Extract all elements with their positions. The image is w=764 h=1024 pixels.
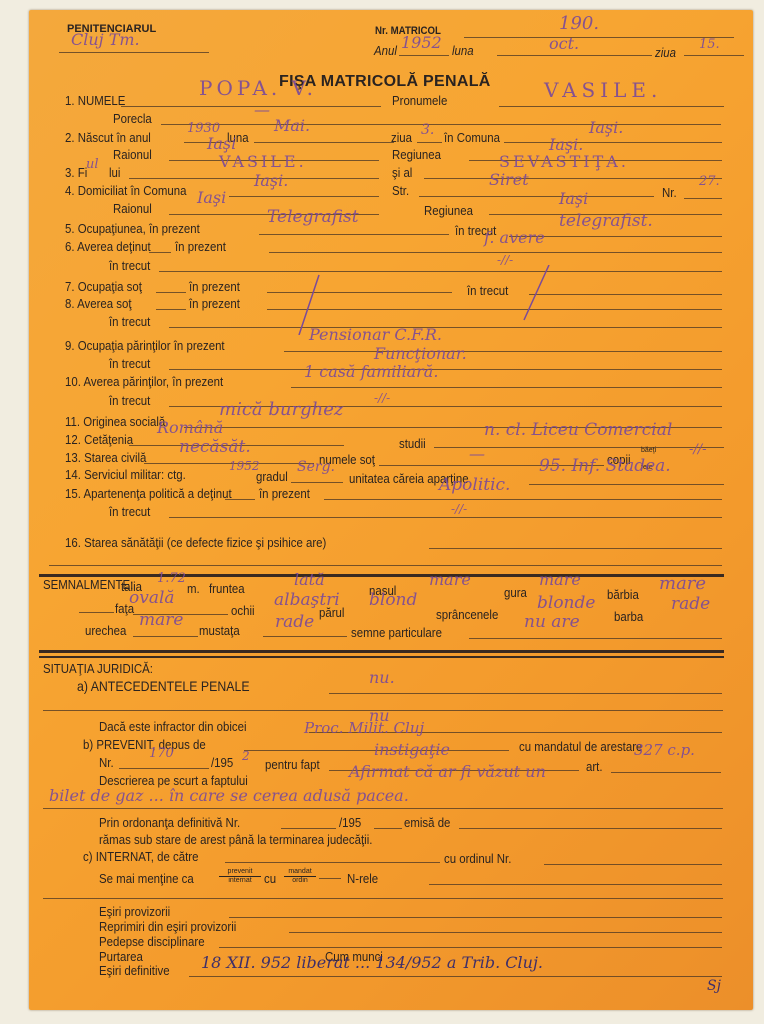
gradul-label: gradul bbox=[256, 470, 288, 484]
ordin-label: cu ordinul Nr. bbox=[444, 852, 511, 866]
purtarea-label: Purtarea bbox=[99, 950, 143, 964]
ocupatia-sot-label: 7. Ocupaţia soţ bbox=[65, 280, 142, 294]
in-trecut-label-15: în trecut bbox=[109, 505, 150, 519]
fiul-value: ul bbox=[86, 157, 99, 173]
politica-label: 15. Apartenenţa politică a deţinut bbox=[65, 487, 232, 501]
m-label: m. bbox=[187, 582, 200, 596]
in-trecut-label-8: în trecut bbox=[109, 315, 150, 329]
prevenit-label: b) PREVENIT, depus de bbox=[83, 738, 206, 752]
luna-value: oct. bbox=[549, 36, 579, 52]
ocupatiunea-prezent-value: Telegrafist bbox=[267, 209, 359, 225]
sprancenele-label: sprâncenele bbox=[436, 608, 498, 622]
esiri-definitive-label: Eşiri definitive bbox=[99, 964, 170, 978]
penal-record-card: PENITENCIARUL Cluj Tm. Nr. MATRICOL 190.… bbox=[29, 10, 753, 1010]
pronumele-label: Pronumele bbox=[392, 94, 447, 108]
in-prezent-label-8: în prezent bbox=[189, 297, 240, 311]
in-trecut-label-9: în trecut bbox=[109, 357, 150, 371]
si-al-label: şi al bbox=[392, 166, 412, 180]
ramas-label: rămas sub stare de arest până la termina… bbox=[99, 833, 372, 847]
art-label: art. bbox=[586, 760, 603, 774]
mandat-label: cu mandatul de arestare bbox=[519, 740, 642, 754]
str-label: Str. bbox=[392, 184, 409, 198]
penitenciarul-value: Cluj Tm. bbox=[71, 32, 140, 48]
in-prezent-label-7: în prezent bbox=[189, 280, 240, 294]
prevenit-value: Proc. Milit. Cluj bbox=[304, 720, 424, 736]
ocupatiunea-label: 5. Ocupaţiunea, în prezent bbox=[65, 222, 200, 236]
nascut-raion-value: Iaşi bbox=[207, 136, 236, 152]
nascut-label: 2. Născut în anul bbox=[65, 131, 151, 145]
pentru-fapt-label: pentru fapt bbox=[265, 758, 320, 772]
nr-matricol-value: 190. bbox=[559, 16, 599, 32]
esiri-definitive-value: 18 XII. 952 liberat ... 134/952 a Trib. … bbox=[201, 955, 543, 971]
averea-sot-label: 8. Averea soţ bbox=[65, 297, 132, 311]
numele-label: 1. NUMELE bbox=[65, 94, 125, 108]
anul-value: 1952 bbox=[401, 35, 442, 51]
studii-value: n. cl. Liceu Comercial bbox=[484, 422, 672, 438]
unitatea-value: 95. Inf. Stadea. bbox=[539, 458, 671, 474]
porecla-value: — bbox=[254, 102, 270, 118]
politica-trecut-value: -//- bbox=[451, 501, 467, 517]
an-label: /195 bbox=[211, 756, 233, 770]
prevenit-internat-fraction: prevenit internat bbox=[219, 868, 261, 885]
copii-value: -//- bbox=[689, 442, 707, 458]
fata-value: ovală bbox=[129, 590, 175, 606]
semne-value: nu are bbox=[524, 614, 580, 630]
dom-raion-value: Iaşi bbox=[197, 190, 226, 206]
nascut-comuna-value: Iaşi. bbox=[589, 120, 623, 136]
semnalmente-label: SEMNALMENTE: bbox=[43, 578, 133, 592]
dom-comuna-value: Iaşi. bbox=[254, 173, 288, 189]
gura-value: mare bbox=[539, 572, 581, 588]
in-prezent-label-6: în prezent bbox=[175, 240, 226, 254]
cetatenia-label: 12. Cetăţenia bbox=[65, 433, 133, 447]
ziua-label-2: ziua bbox=[391, 131, 412, 145]
averea-prezent-value: f. avere bbox=[484, 230, 545, 246]
stare-civila-label: 13. Starea civilă bbox=[65, 451, 146, 465]
barbia-label: bărbia bbox=[607, 588, 639, 602]
sanatate-label: 16. Starea sănătăţii (ce defecte fizice … bbox=[65, 536, 326, 550]
militar-label: 14. Serviciul militar: ctg. bbox=[65, 468, 186, 482]
studii-label: studii bbox=[399, 437, 426, 451]
dom-nr-value: 27. bbox=[699, 174, 720, 190]
emisa-label: emisă de bbox=[404, 816, 450, 830]
averea-parinti-trecut-value: -//- bbox=[374, 390, 390, 406]
politica-prezent-value: Apolitic. bbox=[439, 477, 510, 493]
numele-value: POPA. V. bbox=[199, 80, 317, 96]
averea-parinti-prezent-value: 1 casă familiară. bbox=[304, 364, 438, 380]
ziua-value: 15. bbox=[699, 37, 720, 53]
in-trecut-label-6: în trecut bbox=[109, 259, 150, 273]
mama-value: SEVASTIŢA. bbox=[499, 154, 629, 170]
art-value: 327 c.p. bbox=[634, 742, 695, 758]
barba-label: barba bbox=[614, 610, 643, 624]
descriere-value-1: Afirmat că ar fi văzut un bbox=[349, 764, 546, 780]
nascut-luna-value: Mai. bbox=[274, 118, 310, 134]
nasul-value: mare bbox=[429, 572, 471, 588]
antecedente-label: a) ANTECEDENTELE PENALE bbox=[77, 679, 250, 693]
parul-value: blond bbox=[369, 592, 417, 608]
descriere-value-2: bilet de gaz ... în care se cerea adusă … bbox=[49, 788, 409, 804]
cetatenia-value: Română bbox=[157, 420, 223, 436]
dom-str-value: Siret bbox=[489, 172, 529, 188]
signature: Sj bbox=[707, 978, 721, 994]
fiul-label-post: lui bbox=[109, 166, 120, 180]
sprancenele-value: blonde bbox=[537, 595, 595, 611]
pedepse-label: Pedepse disciplinare bbox=[99, 935, 205, 949]
fapt-value: instigaţie bbox=[374, 742, 450, 758]
regiunea-label-2: Regiunea bbox=[424, 204, 473, 218]
reprimiri-label: Reprimiri din eşiri provizorii bbox=[99, 920, 236, 934]
mandat-ordin-fraction: mandat ordin bbox=[284, 868, 316, 885]
luna-label: luna bbox=[452, 44, 474, 58]
origine-value: mică burghez bbox=[219, 402, 343, 418]
raionul-label-2: Raionul bbox=[113, 202, 152, 216]
porecla-label: Porecla bbox=[113, 112, 152, 126]
ochii-label: ochii bbox=[231, 604, 255, 618]
nr-label: Nr. bbox=[662, 186, 677, 200]
section-divider-2 bbox=[39, 650, 724, 653]
nascut-ziua-value: 3. bbox=[421, 122, 434, 138]
esiri-provizorii-label: Eşiri provizorii bbox=[99, 905, 170, 919]
antecedente-value: nu. bbox=[369, 670, 395, 686]
cu-label: cu bbox=[264, 872, 276, 886]
ocupatia-parinti-prezent-value: Pensionar C.F.R. bbox=[309, 327, 442, 343]
nrele-label: N-rele bbox=[347, 872, 378, 886]
ocupatiunea-trecut-value: telegrafist. bbox=[559, 213, 653, 229]
militar-ctg-value: 1952 bbox=[229, 458, 260, 474]
internat-label: c) INTERNAT, de către bbox=[83, 850, 198, 864]
nascut-regiune-value: Iaşi. bbox=[549, 137, 583, 153]
nr-label-b: Nr. bbox=[99, 756, 114, 770]
numele-sot-value: — bbox=[469, 446, 485, 462]
mustata-value: rade bbox=[275, 614, 314, 630]
gradul-value: Serg. bbox=[297, 459, 335, 475]
pronumele-value: VASILE. bbox=[544, 82, 662, 98]
comuna-label: în Comuna bbox=[444, 131, 500, 145]
gura-label: gura bbox=[504, 586, 527, 600]
tata-value: VASILE. bbox=[219, 154, 307, 170]
fruntea-value: lată bbox=[294, 572, 325, 588]
domiciliat-label: 4. Domiciliat în Comuna bbox=[65, 184, 186, 198]
nr-value: 170 bbox=[149, 746, 174, 762]
origine-label: 11. Originea socială bbox=[65, 415, 165, 429]
ocupatia-parinti-trecut-value: Funcţionar. bbox=[374, 346, 467, 362]
in-prezent-label-15: în prezent bbox=[259, 487, 310, 501]
ordonanta-an-label: /195 bbox=[339, 816, 361, 830]
raionul-label: Raionul bbox=[113, 148, 152, 162]
mentine-label: Se mai menţine ca bbox=[99, 872, 194, 886]
parul-label: părul bbox=[319, 606, 344, 620]
in-trecut-label-10: în trecut bbox=[109, 394, 150, 408]
urechea-value: mare bbox=[139, 612, 183, 628]
regiunea-label: Regiunea bbox=[392, 148, 441, 162]
ziua-label: ziua bbox=[655, 46, 676, 60]
talia-value: 1.72 bbox=[157, 571, 186, 587]
anul-label: Anul bbox=[374, 44, 397, 58]
stare-civila-value: necăsăt. bbox=[179, 439, 251, 455]
semne-label: semne particulare bbox=[351, 626, 442, 640]
infractor-label: Dacă este infractor din obicei bbox=[99, 720, 247, 734]
urechea-label: urechea bbox=[85, 624, 126, 638]
an-value: 2 bbox=[242, 748, 250, 764]
fruntea-label: fruntea bbox=[209, 582, 245, 596]
averea-label: 6. Averea deţinut bbox=[65, 240, 151, 254]
barbia-value: mare bbox=[659, 576, 706, 592]
dom-regiune-value: Iaşi bbox=[559, 191, 588, 207]
fiul-label-pre: 3. Fi bbox=[65, 166, 87, 180]
barba-value: rade bbox=[671, 596, 710, 612]
section-divider bbox=[39, 574, 724, 577]
ordonanta-label: Prin ordonanţa definitivă Nr. bbox=[99, 816, 240, 830]
situatia-juridica-label: SITUAŢIA JURIDICĂ: bbox=[43, 662, 153, 676]
mustata-label: mustaţa bbox=[199, 624, 240, 638]
averea-parinti-label: 10. Averea părinţilor, în prezent bbox=[65, 375, 223, 389]
ocupatia-parinti-label: 9. Ocupaţia părinţilor în prezent bbox=[65, 339, 225, 353]
